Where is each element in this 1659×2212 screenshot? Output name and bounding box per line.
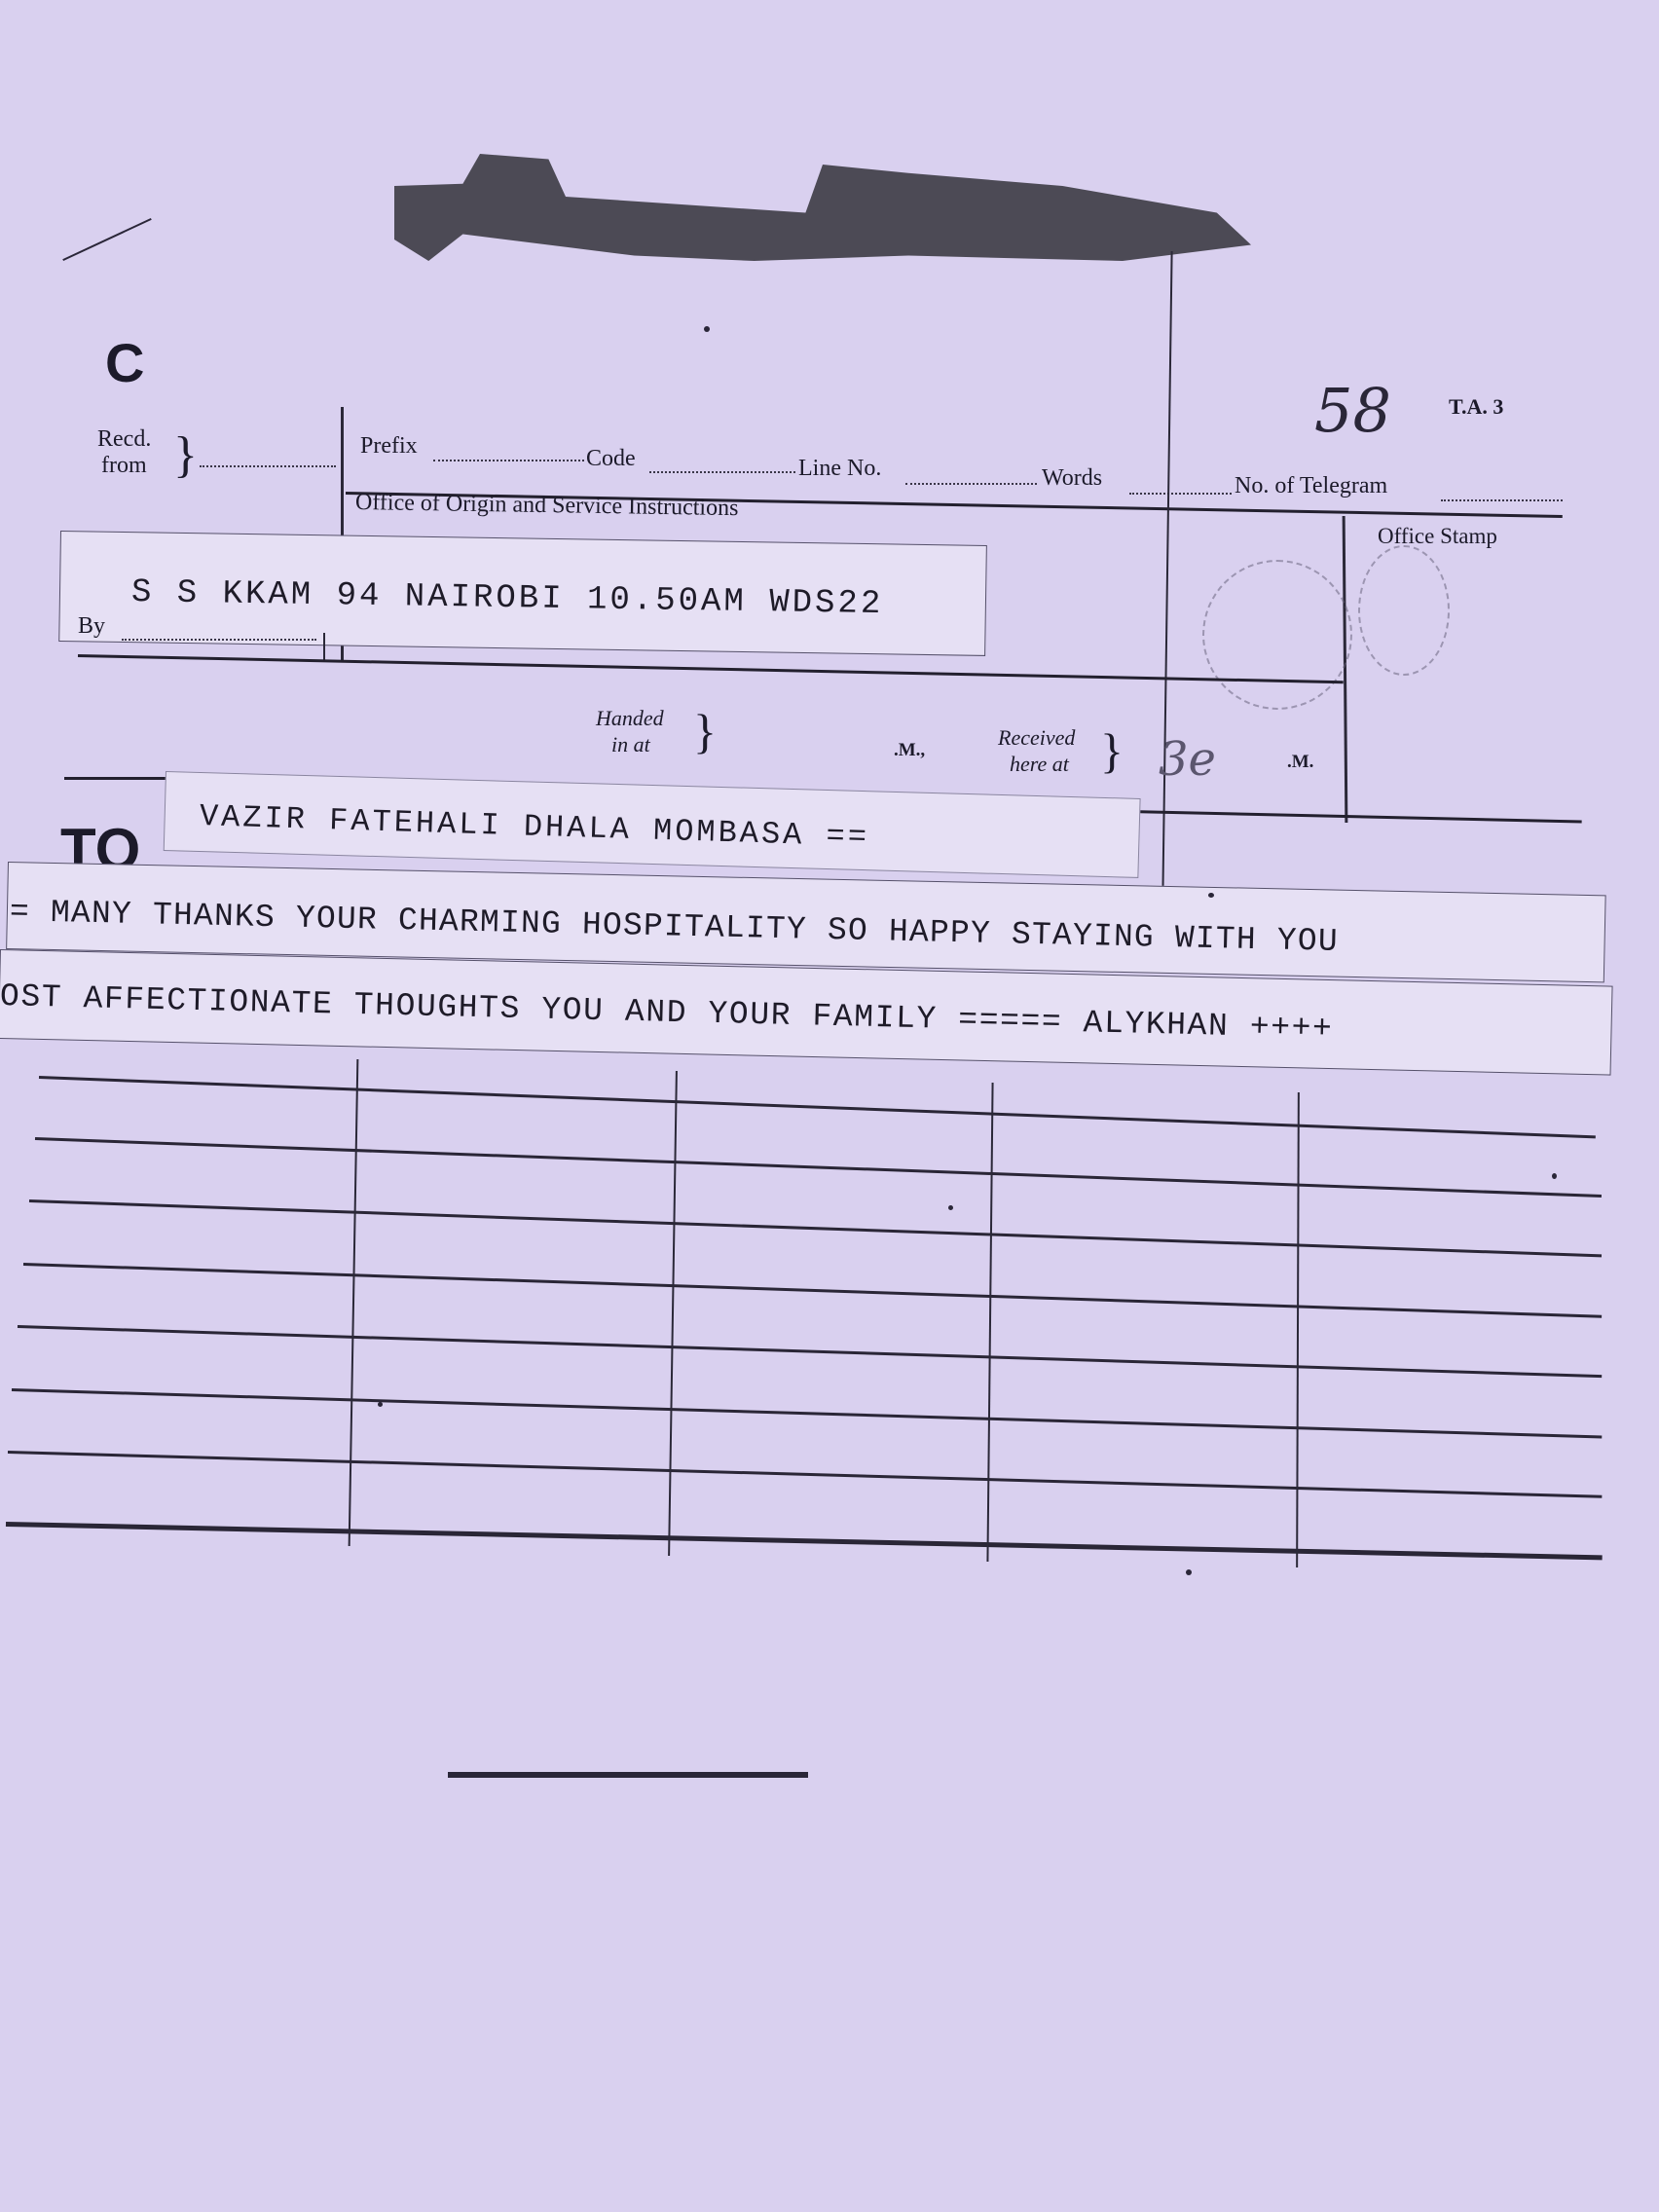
no-of-telegram-field [1441, 499, 1563, 501]
code-field [649, 471, 795, 473]
brace-icon: } [173, 426, 198, 484]
grid-line [23, 1263, 1602, 1318]
by-label: By [78, 613, 105, 640]
received-label-1: Received [998, 725, 1075, 751]
grid-column-divider [668, 1071, 678, 1556]
recd-from-label-1: Recd. [97, 426, 151, 453]
grid-line [12, 1388, 1602, 1438]
corner-mark [62, 218, 151, 261]
origin-rule [78, 654, 1344, 683]
speck [1552, 1173, 1557, 1179]
code-label: Code [586, 446, 636, 472]
prefix-field [433, 460, 584, 461]
handed-in-label-1: Handed [596, 706, 664, 731]
recd-from-label-2: from [101, 453, 147, 479]
line-no-field [905, 483, 1037, 485]
handed-in-label-2: in at [611, 732, 650, 757]
office-stamp-mark [1202, 560, 1352, 710]
received-suffix: .M. [1287, 752, 1313, 773]
office-stamp-mark-2 [1358, 545, 1450, 676]
speck [378, 1402, 383, 1407]
telegram-number-handwritten: 58 [1314, 375, 1391, 446]
prefix-label: Prefix [360, 433, 418, 460]
speck [704, 326, 710, 332]
torn-paper-damage [394, 154, 1251, 261]
office-of-origin-label: Office of Origin and Service Instruction… [355, 490, 739, 522]
no-of-telegram-label: No. of Telegram [1235, 473, 1387, 499]
grid-line [8, 1451, 1602, 1498]
scan-edge-artifact [448, 1772, 808, 1778]
grid-column-divider [349, 1059, 359, 1546]
words-label: Words [1042, 465, 1102, 492]
by-divider [323, 633, 325, 660]
speck [948, 1205, 953, 1210]
class-letter: C [105, 331, 144, 394]
brace-icon: } [1100, 722, 1124, 779]
grid-line [35, 1137, 1602, 1198]
grid-bottom-rule [6, 1522, 1603, 1560]
brace-icon: } [693, 703, 717, 759]
grid-column-divider [1296, 1092, 1300, 1567]
recd-from-field [200, 465, 336, 467]
speck [1186, 1569, 1192, 1575]
form-code: T.A. 3 [1449, 394, 1503, 420]
handed-in-suffix: .M., [894, 740, 925, 761]
grid-line [18, 1325, 1602, 1378]
line-no-label: Line No. [798, 456, 881, 482]
received-time-handwritten: 3e [1159, 732, 1216, 787]
grid-line [39, 1076, 1596, 1138]
speck [1208, 893, 1214, 898]
grid-column-divider [986, 1083, 993, 1562]
grid-line [29, 1199, 1602, 1257]
center-right-divider [1161, 251, 1172, 894]
words-field [1129, 493, 1232, 495]
by-field [122, 639, 316, 641]
received-label-2: here at [1010, 752, 1069, 777]
